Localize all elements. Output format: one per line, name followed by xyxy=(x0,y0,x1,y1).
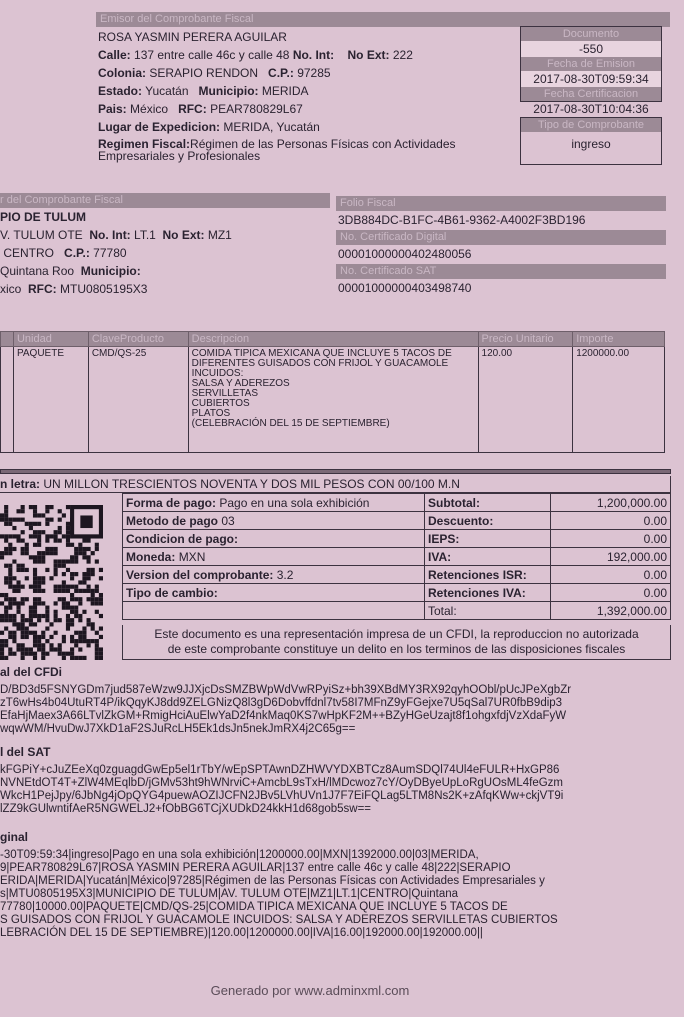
sello-cfdi: al del CFDi D/BD3d5FSNYGDm7jud587eWzw9JJ… xyxy=(0,665,571,736)
disclaimer-line: Este documento es una representación imp… xyxy=(123,627,670,642)
value: Quintana Roo xyxy=(0,264,74,278)
label: No. Int: xyxy=(89,228,130,242)
value: Yucatán xyxy=(145,84,188,98)
total-value: 0.00 xyxy=(551,566,671,584)
payment-info-cell: Moneda: MXN xyxy=(123,548,425,566)
tipo-comprobante-label: Tipo de Comprobante xyxy=(521,118,661,132)
cadena-line: -30T09:59:34|ingreso|Pago en una sola ex… xyxy=(0,849,558,862)
label: RFC: xyxy=(28,282,57,296)
cfdi-invoice-page: Emisor del Comprobante Fiscal ROSA YASMI… xyxy=(0,0,684,1017)
total-value: 0.00 xyxy=(551,530,671,548)
sello-line: NVNEtdOT4T+ZlW4MEqlbD/jGMv53ht9hWNrviC+A… xyxy=(0,777,563,790)
value: LT.1 xyxy=(134,228,156,242)
sello-sat: l del SAT kFGPiY+cJuZEeXq0zguagdGwEp5el1… xyxy=(0,745,563,816)
cadena-line: LEBRACIÓN DEL 15 DE SEPTIEMBRE)|120.00|1… xyxy=(0,927,558,940)
col-clave: ClaveProducto xyxy=(88,332,188,347)
cadena-line: 9|PEAR780829L67|ROSA YASMIN PERERA AGUIL… xyxy=(0,862,558,875)
cadena-line: s|MTU0805195X3|MUNICIPIO DE TULUM|AV. TU… xyxy=(0,888,558,901)
value: MERIDA, Yucatán xyxy=(223,120,320,134)
cert-digital-label: No. Certificado Digital xyxy=(336,230,666,245)
receptor-colonia: CENTRO C.P.: 77780 xyxy=(0,246,330,261)
value: 03 xyxy=(221,514,234,528)
col-cantidad xyxy=(1,332,14,347)
total-label: IEPS: xyxy=(425,530,551,548)
emisor-header: Emisor del Comprobante Fiscal xyxy=(96,12,670,27)
total-label: Descuento: xyxy=(425,512,551,530)
footer-generated-by: Generado por www.adminxml.com xyxy=(0,983,620,998)
label: Metodo de pago xyxy=(126,514,218,528)
label: Municipio: xyxy=(81,264,141,278)
value: V. TULUM OTE xyxy=(0,228,83,242)
items-header-row: Unidad ClaveProducto Descripcion Precio … xyxy=(1,332,665,347)
label: Colonia: xyxy=(98,66,146,80)
value: MZ1 xyxy=(208,228,232,242)
receptor-header: r del Comprobante Fiscal xyxy=(0,193,330,208)
sello-line: kFGPiY+cJuZEeXq0zguagdGwEp5el1rTbY/wEpSP… xyxy=(0,764,563,777)
precio-unitario: 120.00 xyxy=(478,347,573,453)
total-label: Total: xyxy=(425,602,551,620)
importe: 1200000.00 xyxy=(573,347,665,453)
value: MTU0805195X3 xyxy=(60,282,147,296)
qr-code-icon xyxy=(0,505,103,660)
cadena-original-title: ginal xyxy=(0,830,558,844)
label: Moneda: xyxy=(126,550,175,564)
sello-sat-title: l del SAT xyxy=(0,745,563,759)
table-row: PAQUETE CMD/QS-25 COMIDA TIPICA MEXICANA… xyxy=(1,347,665,453)
documento-box: Documento -550 Fecha de Emision 2017-08-… xyxy=(520,26,662,165)
label: Condicion de pago: xyxy=(126,532,238,546)
value: CENTRO xyxy=(3,246,54,260)
sello-line: EfaHjMaex3A66LTvlZkGM+RmigHciAuElwYaD2f4… xyxy=(0,710,571,723)
totals-row: Version del comprobante: 3.2Retenciones … xyxy=(123,566,671,584)
value: UN MILLON TRESCIENTOS NOVENTA Y DOS MIL … xyxy=(43,477,460,491)
col-importe: Importe xyxy=(573,332,665,347)
total-label: Retenciones IVA: xyxy=(425,584,551,602)
totals-row: Total:1,392,000.00 xyxy=(123,602,671,620)
label: RFC: xyxy=(178,102,207,116)
cadena-original: ginal -30T09:59:34|ingreso|Pago en una s… xyxy=(0,830,558,940)
label: Pais: xyxy=(98,102,127,116)
unidad: PAQUETE xyxy=(13,347,88,453)
cadena-line: ERIDA|MERIDA|Yucatán|México|97285|Régime… xyxy=(0,875,558,888)
fecha-emision-label: Fecha de Emision xyxy=(521,57,661,71)
desc-line: CUBIERTOS xyxy=(192,399,475,409)
totals-row: Condicion de pago: IEPS:0.00 xyxy=(123,530,671,548)
payment-info-cell xyxy=(123,602,425,620)
label: Forma de pago: xyxy=(126,496,216,510)
label: Estado: xyxy=(98,84,142,98)
label: n letra: xyxy=(0,477,40,491)
value: SERAPIO RENDON xyxy=(149,66,258,80)
cadena-line: S GUISADOS CON FRIJOL Y GUACAMOLE INCUID… xyxy=(0,914,558,927)
desc-line: (CELEBRACIÓN DEL 15 DE SEPTIEMBRE) xyxy=(192,419,475,429)
value: 3.2 xyxy=(277,568,294,582)
totals-row: Tipo de cambio: Retenciones IVA:0.00 xyxy=(123,584,671,602)
emisor-regimen: Regimen Fiscal:Régimen de las Personas F… xyxy=(98,138,498,162)
payment-info-cell: Metodo de pago 03 xyxy=(123,512,425,530)
cadena-line: 77780|10000.00|PAQUETE|CMD/QS-25|COMIDA … xyxy=(0,901,558,914)
documento-label: Documento xyxy=(521,27,661,41)
descripcion: COMIDA TIPICA MEXICANA QUE INCLUYE 5 TAC… xyxy=(188,347,478,453)
value: 97285 xyxy=(297,66,330,80)
total-value: 0.00 xyxy=(551,584,671,602)
totals-row: Metodo de pago 03Descuento:0.00 xyxy=(123,512,671,530)
sello-line: lZZ9kGUlwntifAeR5NGWELJ2+fObBG6TCjXUDkD2… xyxy=(0,803,563,816)
total-value: 0.00 xyxy=(551,512,671,530)
documento-value: -550 xyxy=(521,41,661,57)
total-en-letra: n letra: UN MILLON TRESCIENTOS NOVENTA Y… xyxy=(0,476,671,493)
value: 77780 xyxy=(93,246,126,260)
value: Pago en una sola exhibición xyxy=(219,496,369,510)
fecha-emision-value: 2017-08-30T09:59:34 xyxy=(521,71,661,87)
items-table: Unidad ClaveProducto Descripcion Precio … xyxy=(0,331,665,453)
total-label: IVA: xyxy=(425,548,551,566)
label: C.P.: xyxy=(268,66,294,80)
payment-info-cell: Forma de pago: Pago en una sola exhibici… xyxy=(123,494,425,512)
label: Municipio: xyxy=(199,84,259,98)
receptor-calle: V. TULUM OTE No. Int: LT.1 No Ext: MZ1 xyxy=(0,228,330,243)
receptor-name: PIO DE TULUM xyxy=(0,210,330,225)
col-descripcion: Descripcion xyxy=(188,332,478,347)
total-label: Subtotal: xyxy=(425,494,551,512)
sello-cfdi-title: al del CFDi xyxy=(0,665,571,679)
total-value: 192,000.00 xyxy=(551,548,671,566)
label: Lugar de Expedicion: xyxy=(98,120,220,134)
sello-line: WkcH1PejJpy/6JbNg4jOpQYG4puewAOZIJCFN2JB… xyxy=(0,790,563,803)
cert-sat-label: No. Certificado SAT xyxy=(336,264,666,279)
sello-line: D/BD3d5FSNYGDm7jud587eWzw9JJXjcDsSMZBWpW… xyxy=(0,684,571,697)
value: MERIDA xyxy=(262,84,309,98)
receptor-section: r del Comprobante Fiscal PIO DE TULUM V.… xyxy=(0,193,330,300)
fecha-cert-label: Fecha Certificacion xyxy=(521,87,661,101)
folio-label: Folio Fiscal xyxy=(336,196,666,211)
value: 137 entre calle 46c y calle 48 xyxy=(134,48,289,62)
label: C.P.: xyxy=(64,246,90,260)
total-label: Retenciones ISR: xyxy=(425,566,551,584)
label: No Ext: xyxy=(163,228,205,242)
label: No. Int: xyxy=(293,48,334,62)
sello-line: zT6wHs4b04UtuRT4P/ikQqyKJ8dd9ZELGNizQ8l3… xyxy=(0,697,571,710)
totals-divider xyxy=(0,469,671,474)
clave: CMD/QS-25 xyxy=(88,347,188,453)
cert-sat-value: 00001000000403498740 xyxy=(336,279,666,298)
label: No Ext: xyxy=(348,48,390,62)
cert-digital-value: 00001000000402480056 xyxy=(336,245,666,264)
total-value: 1,200,000.00 xyxy=(551,494,671,512)
col-precio: Precio Unitario xyxy=(478,332,573,347)
payment-info-cell: Condicion de pago: xyxy=(123,530,425,548)
cfdi-disclaimer: Este documento es una representación imp… xyxy=(122,625,671,660)
payment-info-cell: Version del comprobante: 3.2 xyxy=(123,566,425,584)
tipo-comprobante-value: ingreso xyxy=(521,132,661,156)
folio-section: Folio Fiscal 3DB884DC-B1FC-4B61-9362-A40… xyxy=(336,196,666,298)
sello-line: wqwWM/HvuDwJ7XkD1aF2SJuRcLH5Ek1dsJn5nekJ… xyxy=(0,723,571,736)
value: PEAR780829L67 xyxy=(210,102,303,116)
totals-row: Forma de pago: Pago en una sola exhibici… xyxy=(123,494,671,512)
folio-value: 3DB884DC-B1FC-4B61-9362-A4002F3BD196 xyxy=(336,211,666,230)
cantidad xyxy=(1,347,14,453)
label: Version del comprobante: xyxy=(126,568,273,582)
payment-info-cell: Tipo de cambio: xyxy=(123,584,425,602)
totals-row: Moneda: MXNIVA:192,000.00 xyxy=(123,548,671,566)
col-unidad: Unidad xyxy=(13,332,88,347)
receptor-estado: Quintana Roo Municipio: xyxy=(0,264,330,279)
value: 222 xyxy=(393,48,413,62)
label: Calle: xyxy=(98,48,131,62)
totals-table: Forma de pago: Pago en una sola exhibici… xyxy=(122,493,671,620)
fecha-cert-value: 2017-08-30T10:04:36 xyxy=(520,102,662,117)
total-value: 1,392,000.00 xyxy=(551,602,671,620)
label: Tipo de cambio: xyxy=(126,586,218,600)
disclaimer-line: de este comprobante constituye un delito… xyxy=(123,642,670,657)
value: xico xyxy=(0,282,21,296)
receptor-pais: xico RFC: MTU0805195X3 xyxy=(0,282,330,297)
value: MXN xyxy=(179,550,206,564)
value: México xyxy=(130,102,168,116)
